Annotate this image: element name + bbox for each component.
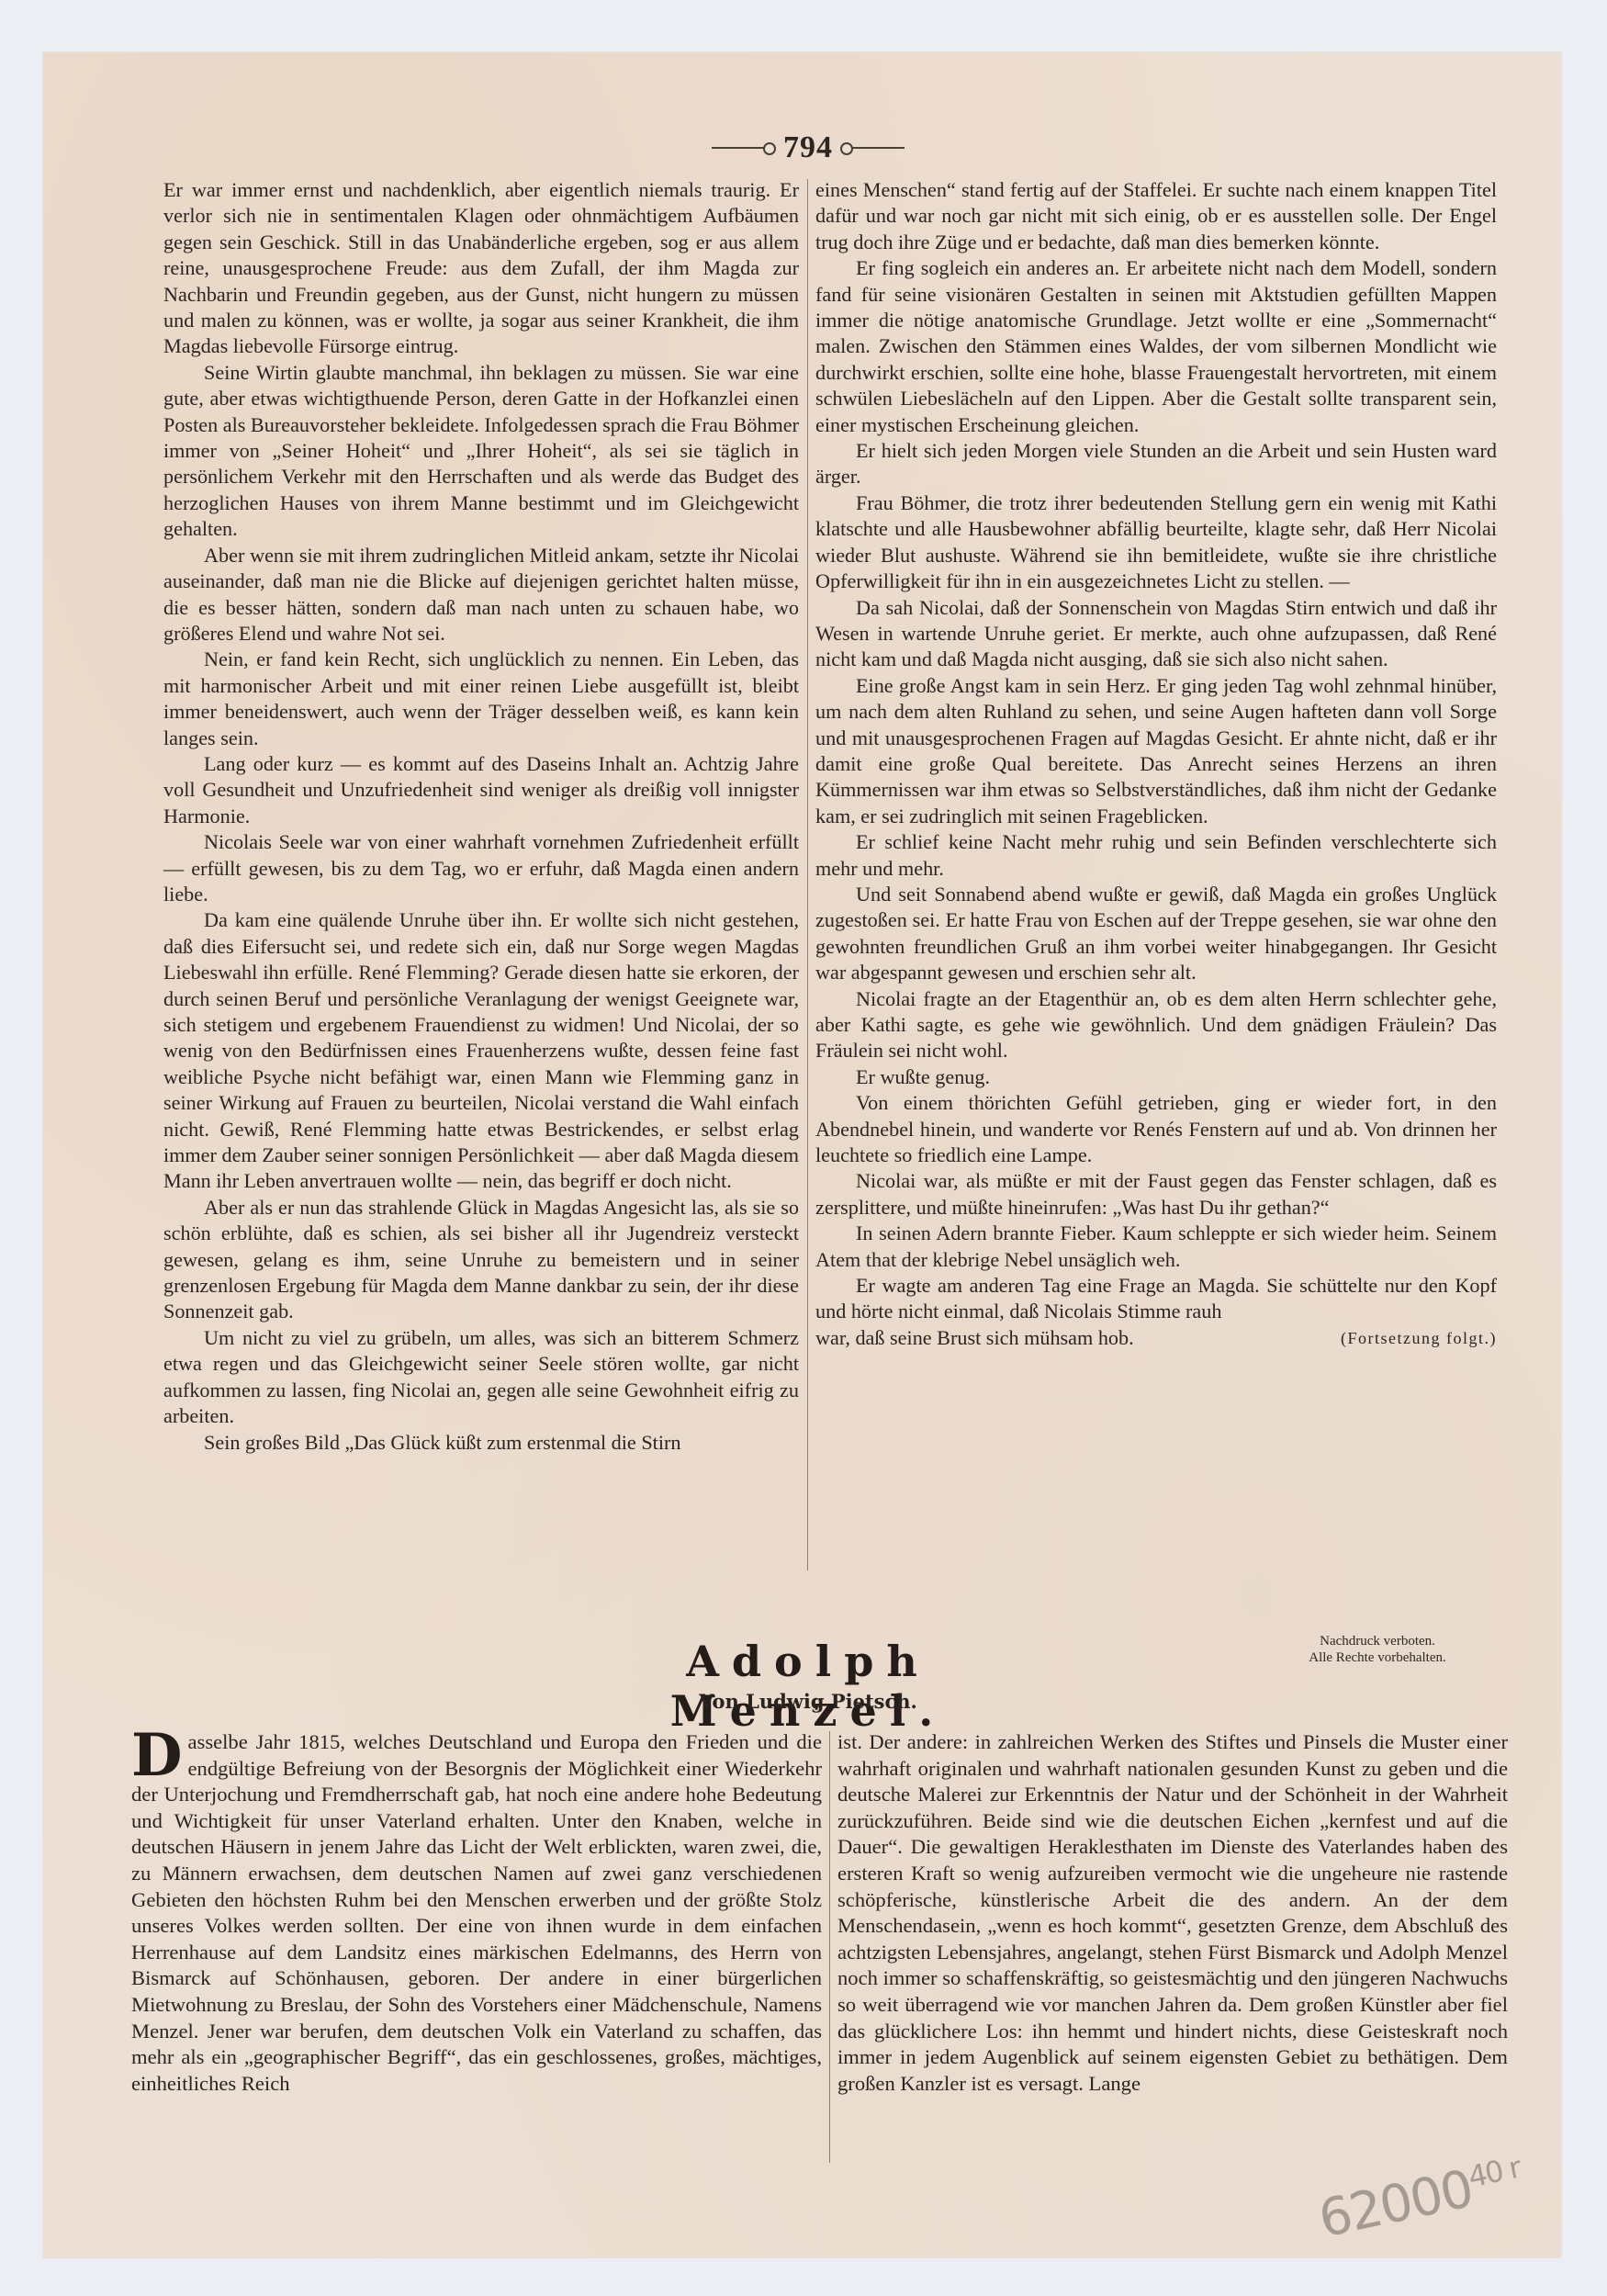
paragraph: In seinen Adern brannte Fieber. Kaum sch… [815,1221,1497,1273]
page-number: 794 [783,130,833,164]
ornament-left-icon [712,147,767,149]
paragraph: Nicolai fragte an der Etagenthür an, ob … [815,986,1497,1064]
paragraph: Lang oder kurz — es kommt auf des Dasein… [163,751,799,829]
paragraph: eines Menschen“ stand fertig auf der Sta… [815,177,1497,255]
last-line: war, daß seine Brust sich mühsam hob. [815,1325,1134,1351]
continuation-note: (Fortsetzung folgt.) [1341,1325,1497,1351]
paragraph: Frau Böhmer, die trotz ihrer bedeutenden… [815,490,1497,595]
paragraph: Er fing sogleich ein anderes an. Er arbe… [815,255,1497,438]
article-left-column: Dasselbe Jahr 1815, welches Deutschland … [131,1729,822,2097]
paragraph: Sein großes Bild „Das Glück küßt zum ers… [163,1430,799,1456]
paragraph: Seine Wirtin glaubte manchmal, ihn bekla… [163,360,799,543]
paragraph: Und seit Sonnabend abend wußte er gewiß,… [815,882,1497,986]
story-ending: war, daß seine Brust sich mühsam hob. (F… [815,1325,1497,1351]
paragraph: Dasselbe Jahr 1815, welches Deutschland … [131,1729,822,2097]
paragraph: Eine große Angst kam in sein Herz. Er gi… [815,673,1497,829]
drop-cap: D [131,1731,183,1781]
story-right-column: eines Menschen“ stand fertig auf der Sta… [815,177,1497,1351]
pencil-superscript: 40 r [1465,2150,1523,2195]
article-byline: Von Ludwig Pietsch. [597,1690,1019,1713]
page-number-header: 794 [698,129,918,165]
paragraph: ist. Der andere: in zahlreichen Werken d… [837,1729,1508,2097]
paragraph: Nicolais Seele war von einer wahrhaft vo… [163,829,799,907]
column-divider [829,1731,830,2163]
rights-notice: Nachdruck verboten. Alle Rechte vorbehal… [1267,1633,1488,1666]
paragraph: Da kam eine quälende Unruhe über ihn. Er… [163,907,799,1194]
paragraph: Da sah Nicolai, daß der Sonnenschein von… [815,595,1497,673]
paragraph: Nein, er fand kein Recht, sich unglückli… [163,647,799,751]
paragraph: Aber als er nun das strahlende Glück in … [163,1195,799,1325]
paragraph: Er hielt sich jeden Morgen viele Stunden… [815,438,1497,490]
paragraph: Er wagte am anderen Tag eine Frage an Ma… [815,1273,1497,1325]
article-title: Adolph Menzel. [597,1637,1019,1736]
paragraph: Er schlief keine Nacht mehr ruhig und se… [815,829,1497,882]
article-right-column: ist. Der andere: in zahlreichen Werken d… [837,1729,1508,2097]
paragraph: Er war immer ernst und nachdenklich, abe… [163,177,799,360]
rights-line: Nachdruck verboten. [1267,1633,1488,1649]
paragraph: Um nicht zu viel zu grübeln, um alles, w… [163,1325,799,1430]
paragraph-text: asselbe Jahr 1815, welches Deutschland u… [131,1730,822,2095]
paragraph: Aber wenn sie mit ihrem zudringlichen Mi… [163,543,799,647]
ornament-right-icon [849,147,905,149]
paragraph: Nicolai war, als müßte er mit der Faust … [815,1168,1497,1221]
paragraph: Von einem thörichten Gefühl getrieben, g… [815,1090,1497,1168]
column-divider [807,179,808,1570]
story-left-column: Er war immer ernst und nachdenklich, abe… [163,177,799,1456]
rights-line: Alle Rechte vorbehalten. [1267,1649,1488,1666]
paragraph: Er wußte genug. [815,1064,1497,1090]
